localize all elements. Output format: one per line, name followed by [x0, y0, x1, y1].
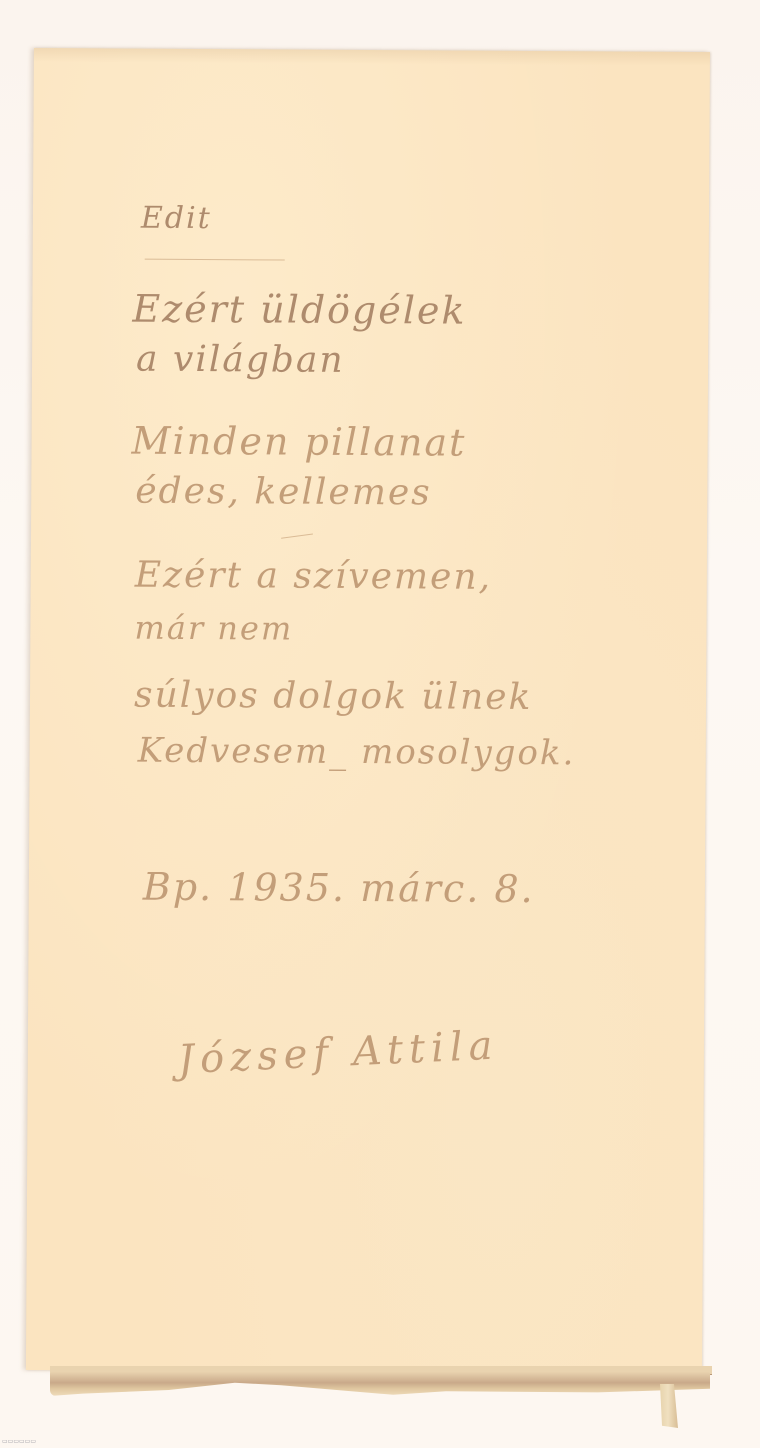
separator-line [145, 259, 285, 261]
watermark-mark: ▭▭▭▭▭▭ [2, 1438, 36, 1445]
poem-line: édes, kellemes [135, 471, 432, 514]
signature: József Attila [177, 1022, 499, 1083]
poem-line: a világban [136, 339, 345, 381]
poem-line: Ezért a szívemen, [135, 555, 492, 598]
poem-line: súlyos dolgok ülnek [134, 675, 533, 718]
photo-background: Edit Ezért üldögélek a világban Minden p… [0, 0, 760, 1448]
poem-line: Minden pillanat [131, 419, 466, 465]
dateline: Bp. 1935. márc. 8. [143, 865, 535, 911]
torn-binding [50, 1372, 710, 1396]
salutation: Edit [141, 201, 212, 236]
separator-mark [281, 533, 313, 538]
poem-line: Kedvesem_ mosolygok. [138, 731, 576, 774]
manuscript-page: Edit Ezért üldögélek a világban Minden p… [26, 48, 710, 1374]
poem-line: már nem [134, 609, 293, 648]
bookmark-ribbon [658, 1384, 678, 1428]
poem-line: Ezért üldögélek [132, 287, 466, 333]
